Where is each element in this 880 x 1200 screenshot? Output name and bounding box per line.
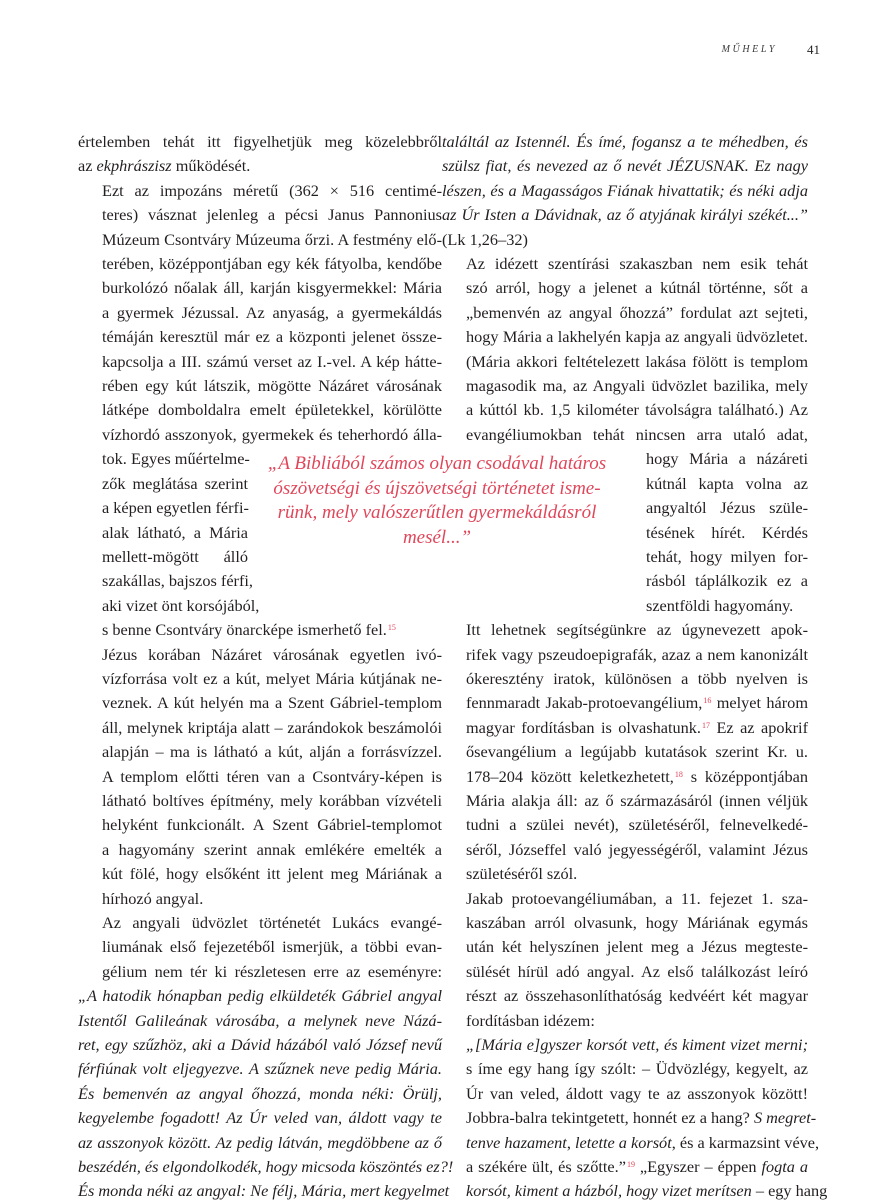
paragraph-5: Az idézett szentírási szakaszban nem esi…: [442, 252, 808, 618]
right-column: találtál az Istennél. És ímé, fogansz a …: [442, 130, 808, 1200]
paragraph-1: értelemben tehát itt figyelhetjük meg kö…: [78, 130, 442, 179]
page-number: 41: [807, 42, 820, 58]
page-header: MŰHELY 41: [0, 44, 880, 64]
running-head: MŰHELY: [722, 44, 777, 55]
footnote-ref-19[interactable]: 19: [627, 1160, 635, 1169]
footnote-ref-18[interactable]: 18: [675, 770, 683, 779]
left-column: értelemben tehát itt figyelhetjük meg kö…: [78, 130, 442, 1200]
paragraph-8-protoevangelium-quote: „[Mária e]gyszer korsót vett, és kiment …: [442, 1033, 808, 1200]
paragraph-6: Itt lehetnek segítségünkre az úgynevezet…: [442, 618, 808, 886]
term-ekphraszisz: ekphrászisz: [97, 156, 172, 175]
paragraph-2: Ezt az impozáns méretű (362 × 516 centim…: [78, 179, 442, 643]
pull-quote: „A Bibliából számos olyan csodával határ…: [252, 452, 622, 550]
citation: (Lk 1,26–32): [442, 228, 808, 252]
footnote-ref-15[interactable]: 15: [388, 623, 396, 632]
footnote-ref-17[interactable]: 17: [702, 721, 710, 730]
paragraph-3: Jézus korában Názáret városának egyetlen…: [78, 643, 442, 911]
bible-quote-continued: találtál az Istennél. És ímé, fogansz a …: [442, 130, 808, 252]
paragraph-7: Jakab protoevangéliumában, a 11. fejezet…: [442, 887, 808, 1033]
paragraph-4: Az angyali üdvözlet történetét Lukács ev…: [78, 911, 442, 984]
bible-quote-luke: „A hatodik hónapban pedig elküldeték Gáb…: [78, 984, 442, 1200]
